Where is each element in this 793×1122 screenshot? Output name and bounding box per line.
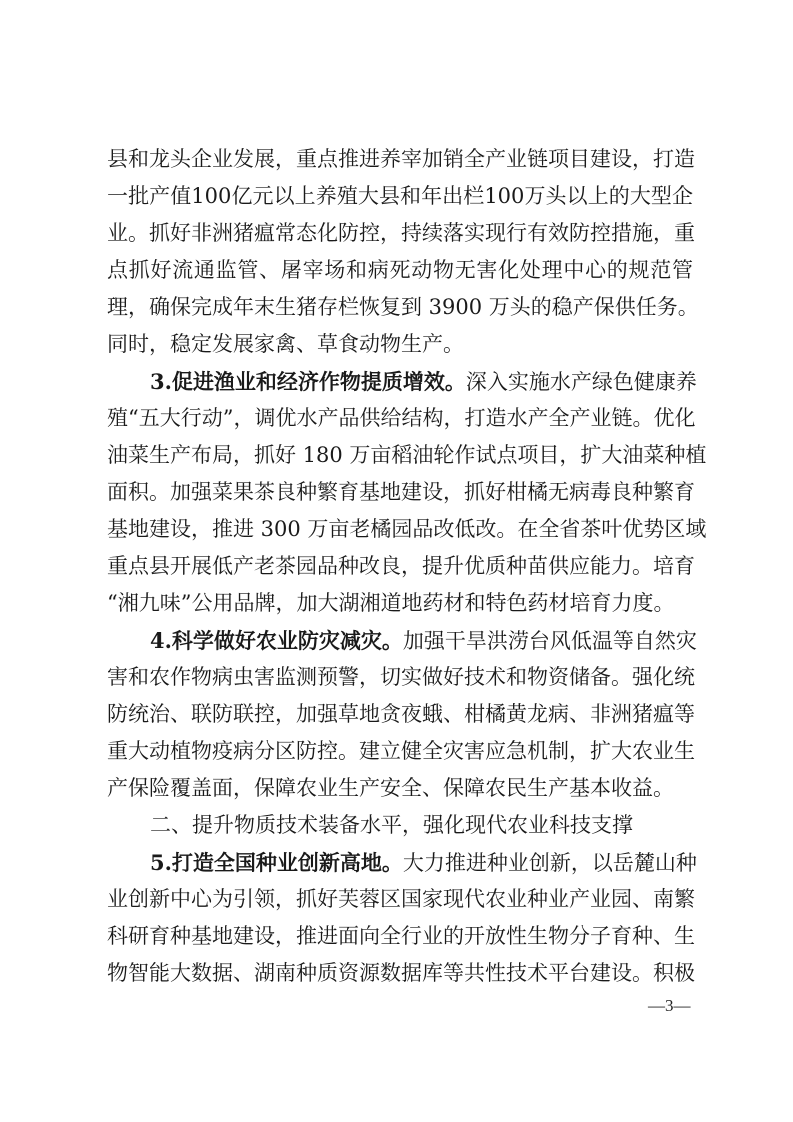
text-line: 殖“五大行动”，调优水产品供给结构，打造水产全产业链。优化 — [107, 400, 693, 437]
line-text: 产保险覆盖面，保障农业生产安全、保障农民生产基本收益。 — [107, 776, 674, 800]
paragraph-title: 5.打造全国种业创新高地。 — [150, 850, 403, 875]
line-text: 业创新中心为引领，抓好芙蓉区国家现代农业种业产业园、南繁 — [107, 887, 695, 911]
paragraph-title: 4.科学做好农业防灾减灾。 — [150, 628, 403, 653]
text-line: 业创新中心为引领，抓好芙蓉区国家现代农业种业产业园、南繁 — [107, 881, 693, 918]
section-heading: 二、提升物质技术装备水平，强化现代农业科技支撑 — [150, 807, 693, 844]
line-text: 加强干旱洪涝台风低温等自然灾 — [403, 629, 697, 653]
line-text: 重点县开展低产老茶园品种改良，提升优质种苗供应能力。培育 — [107, 554, 695, 578]
text-line: 产保险覆盖面，保障农业生产安全、保障农民生产基本收益。 — [107, 770, 693, 807]
section-heading-text: 二、提升物质技术装备水平，强化现代农业科技支撑 — [150, 813, 633, 837]
line-text: 深入实施水产绿色健康养 — [466, 370, 697, 394]
text-line: 县和龙头企业发展，重点推进养宰加销全产业链项目建设，打造 — [107, 141, 693, 178]
line-text: 业。抓好非洲猪瘟常态化防控，持续落实现行有效防控措施，重 — [107, 221, 695, 245]
paragraph-lead-line: 5.打造全国种业创新高地。大力推进种业创新，以岳麓山种 — [150, 844, 693, 881]
text-line: 同时，稳定发展家禽、草食动物生产。 — [107, 326, 693, 363]
paragraph-lead-line: 4.科学做好农业防灾减灾。加强干旱洪涝台风低温等自然灾 — [150, 622, 693, 659]
text-line: 一批产值100亿元以上养殖大县和年出栏100万头以上的大型企 — [107, 178, 693, 215]
line-text: 理，确保完成年末生猪存栏恢复到 3900 万头的稳产保供任务。 — [107, 295, 699, 319]
line-text: 一批产值100亿元以上养殖大县和年出栏100万头以上的大型企 — [107, 184, 693, 208]
text-line: 油菜生产布局，抓好 180 万亩稻油轮作试点项目，扩大油菜种植 — [107, 437, 693, 474]
paragraph-lead-line: 3.促进渔业和经济作物提质增效。深入实施水产绿色健康养 — [150, 363, 693, 400]
line-text: 同时，稳定发展家禽、草食动物生产。 — [107, 332, 464, 356]
line-text: 油菜生产布局，抓好 180 万亩稻油轮作试点项目，扩大油菜种植 — [107, 443, 706, 467]
text-line: “湘九味”公用品牌，加大湖湘道地药材和特色药材培育力度。 — [107, 585, 693, 622]
document-page: 县和龙头企业发展，重点推进养宰加销全产业链项目建设，打造一批产值100亿元以上养… — [0, 0, 793, 1122]
line-text: 点抓好流通监管、屠宰场和病死动物无害化处理中心的规范管 — [107, 258, 693, 282]
line-text: 县和龙头企业发展，重点推进养宰加销全产业链项目建设，打造 — [107, 147, 695, 171]
text-line: 面积。加强菜果茶良种繁育基地建设，抓好柑橘无病毒良种繁育 — [107, 474, 693, 511]
text-line: 重点县开展低产老茶园品种改良，提升优质种苗供应能力。培育 — [107, 548, 693, 585]
line-text: 基地建设，推进 300 万亩老橘园品改低改。在全省茶叶优势区域 — [107, 517, 706, 541]
text-line: 理，确保完成年末生猪存栏恢复到 3900 万头的稳产保供任务。 — [107, 289, 693, 326]
text-line: 业。抓好非洲猪瘟常态化防控，持续落实现行有效防控措施，重 — [107, 215, 693, 252]
text-line: 点抓好流通监管、屠宰场和病死动物无害化处理中心的规范管 — [107, 252, 693, 289]
line-text: 科研育种基地建设，推进面向全行业的开放性生物分子育种、生 — [107, 924, 695, 948]
line-text: “湘九味”公用品牌，加大湖湘道地药材和特色药材培育力度。 — [107, 591, 674, 615]
text-line: 物智能大数据、湖南种质资源数据库等共性技术平台建设。积极 — [107, 955, 693, 992]
text-line: 害和农作物病虫害监测预警，切实做好技术和物资储备。强化统 — [107, 659, 693, 696]
text-line: 重大动植物疫病分区防控。建立健全灾害应急机制，扩大农业生 — [107, 733, 693, 770]
text-line: 科研育种基地建设，推进面向全行业的开放性生物分子育种、生 — [107, 918, 693, 955]
line-text: 重大动植物疫病分区防控。建立健全灾害应急机制，扩大农业生 — [107, 739, 695, 763]
line-text: 防统治、联防联控，加强草地贪夜蛾、柑橘黄龙病、非洲猪瘟等 — [107, 702, 695, 726]
line-text: 殖“五大行动”，调优水产品供给结构，打造水产全产业链。优化 — [107, 406, 695, 430]
page-number: —3— — [648, 996, 691, 1016]
line-text: 大力推进种业创新，以岳麓山种 — [403, 851, 697, 875]
text-line: 基地建设，推进 300 万亩老橘园品改低改。在全省茶叶优势区域 — [107, 511, 693, 548]
line-text: 物智能大数据、湖南种质资源数据库等共性技术平台建设。积极 — [107, 961, 695, 985]
text-line: 防统治、联防联控，加强草地贪夜蛾、柑橘黄龙病、非洲猪瘟等 — [107, 696, 693, 733]
line-text: 面积。加强菜果茶良种繁育基地建设，抓好柑橘无病毒良种繁育 — [107, 480, 695, 504]
line-text: 害和农作物病虫害监测预警，切实做好技术和物资储备。强化统 — [107, 665, 695, 689]
paragraph-title: 3.促进渔业和经济作物提质增效。 — [150, 369, 466, 394]
